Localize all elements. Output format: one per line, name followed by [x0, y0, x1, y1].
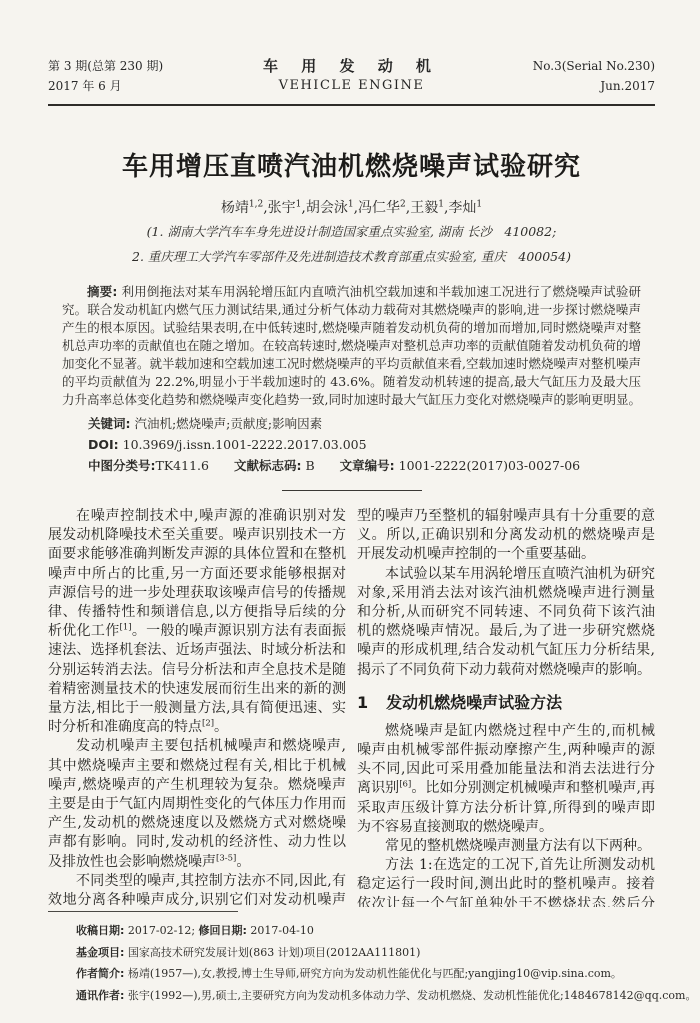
paragraph: 型的噪声乃至整机的辐射噪声具有十分重要的意义。所以,正确识别和分离发动机的燃烧噪…: [357, 507, 655, 565]
paragraph: 常见的整机燃烧噪声测量方法有以下两种。: [357, 837, 655, 856]
footnote-corresponding-author: 通讯作者: 张宇(1992—),男,硕士,主要研究方向为发动机多体动力学、发动机…: [76, 985, 655, 1007]
section-title: 发动机燃烧噪声试验方法: [386, 693, 562, 712]
affiliation-2: 2. 重庆理工大学汽车零部件及先进制造技术教育部重点实验室, 重庆 400054…: [48, 246, 655, 267]
issue-info: 第 3 期(总第 230 期) 2017 年 6 月: [48, 56, 238, 96]
journal-name: 车 用 发 动 机 VEHICLE ENGINE: [238, 56, 465, 96]
serial-date: Jun.2017: [465, 76, 655, 96]
journal-name-en: VEHICLE ENGINE: [238, 76, 465, 96]
footnote-funding: 基金项目: 国家高技术研究发展计划(863 计划)项目(2012AA111801…: [76, 942, 655, 964]
paper-title: 车用增压直喷汽油机燃烧噪声试验研究: [48, 146, 655, 183]
footnote-rule: [48, 911, 238, 912]
serial-number: No.3(Serial No.230): [465, 56, 655, 76]
paragraph: 不同类型的噪声,其控制方法亦不同,因此,有效地分离各种噪声成分,识别它们对发动机…: [48, 872, 346, 907]
doi-line: DOI: 10.3969/j.issn.1001-2222.2017.03.00…: [88, 438, 655, 451]
serial-info: No.3(Serial No.230) Jun.2017: [465, 56, 655, 96]
keywords-line: 关键词: 汽油机;燃烧噪声;贡献度;影响因素: [88, 417, 655, 430]
paragraph: 燃烧噪声是缸内燃烧过程中产生的,而机械噪声由机械零部件振动摩擦产生,两种噪声的源…: [357, 722, 655, 837]
article-body: 在噪声控制技术中,噪声源的准确识别对发展发动机降噪技术至关重要。噪声识别技术一方…: [48, 507, 655, 907]
author-list: 杨靖1,2,张宇1,胡会泳1,冯仁华2,王毅1,李灿1: [48, 197, 655, 217]
paragraph: 方法 1:在选定的工况下,首先让所测发动机稳定运行一段时间,测出此时的整机噪声。…: [357, 856, 655, 907]
journal-page: 第 3 期(总第 230 期) 2017 年 6 月 车 用 发 动 机 VEH…: [0, 0, 700, 1023]
right-column: 型的噪声乃至整机的辐射噪声具有十分重要的意义。所以,正确识别和分离发动机的燃烧噪…: [357, 507, 655, 907]
classification-line: 中图分类号:TK411.6 文献标志码: B 文章编号: 1001-2222(2…: [88, 459, 655, 472]
abstract: 摘要: 利用倒拖法对某车用涡轮增压缸内直喷汽油机空载加速和半载加速工况进行了燃烧…: [62, 283, 641, 409]
paragraph: 发动机噪声主要包括机械噪声和燃烧噪声,其中燃烧噪声主要和燃烧过程有关,相比于机械…: [48, 737, 346, 871]
footnote-received-date: 收稿日期: 2017-02-12; 修回日期: 2017-04-10: [76, 920, 655, 942]
section-divider: [282, 490, 422, 491]
section-1-heading: 1发动机燃烧噪声试验方法: [357, 690, 655, 713]
footnote-author-bio: 作者简介: 杨靖(1957—),女,教授,博士生导师,研究方向为发动机性能优化与…: [76, 963, 655, 985]
issue-number: 第 3 期(总第 230 期): [48, 56, 238, 76]
section-number: 1: [357, 693, 368, 712]
journal-name-cn: 车 用 发 动 机: [238, 56, 465, 76]
paragraph: 在噪声控制技术中,噪声源的准确识别对发展发动机降噪技术至关重要。噪声识别技术一方…: [48, 507, 346, 737]
footnotes: 收稿日期: 2017-02-12; 修回日期: 2017-04-10 基金项目:…: [48, 911, 655, 1006]
journal-header: 第 3 期(总第 230 期) 2017 年 6 月 车 用 发 动 机 VEH…: [48, 56, 655, 106]
affiliation-1: (1. 湖南大学汽车车身先进设计制造国家重点实验室, 湖南 长沙 410082;: [48, 221, 655, 242]
left-column: 在噪声控制技术中,噪声源的准确识别对发展发动机降噪技术至关重要。噪声识别技术一方…: [48, 507, 346, 907]
paragraph: 本试验以某车用涡轮增压直喷汽油机为研究对象,采用消去法对该汽油机燃烧噪声进行测量…: [357, 565, 655, 680]
issue-date: 2017 年 6 月: [48, 76, 238, 96]
